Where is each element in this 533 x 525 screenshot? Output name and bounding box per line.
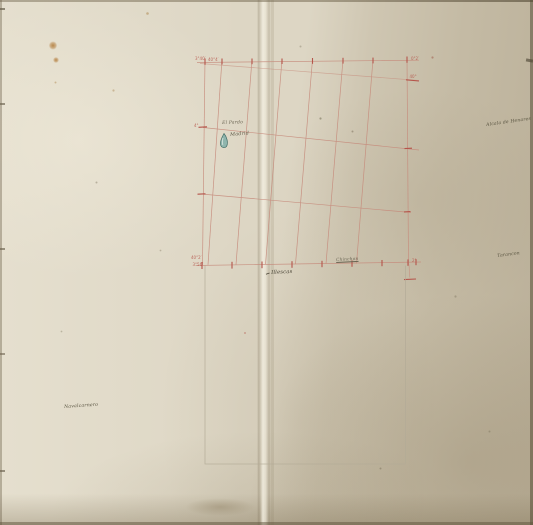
lake-symbol — [220, 134, 227, 148]
red-figure-top-left-a: 3°40′ — [195, 56, 206, 61]
bottom-blotch — [185, 498, 255, 516]
red-figure-bottom-right: 2° — [412, 258, 417, 263]
sheet-edge-left — [0, 0, 2, 525]
label-chinchon: Chinchon — [336, 257, 359, 263]
label-navalcarnero: Navalcarnero — [64, 402, 98, 409]
label-madrid: Madrid — [230, 131, 249, 138]
label-illescas: Illescas — [271, 269, 293, 276]
fold-crease-secondary — [271, 0, 274, 525]
sheet-edge-top — [0, 0, 533, 2]
red-figure-top-right: 0°2′ — [411, 56, 419, 61]
red-graticule-lines — [196, 59, 422, 278]
red-figure-bottom-left-a: 40°2′ — [191, 255, 202, 260]
fold-crease — [257, 0, 271, 525]
label-alcala-de-henares: Alcala de Henares — [486, 117, 531, 128]
red-figure-mid-left: 4° — [194, 123, 199, 128]
foxing-stain — [49, 41, 57, 50]
pencil-frame — [205, 266, 406, 465]
red-tick-marks — [198, 57, 420, 280]
label-tarancon: Tarancon — [497, 251, 520, 259]
label-el-pardo: El Pardo — [222, 120, 243, 126]
foxing-stain — [53, 57, 59, 63]
red-figure-right-upper: 40° — [410, 74, 417, 79]
red-figure-top-left-b: 40°4′ — [208, 57, 219, 62]
red-figure-bottom-left-b: 3°56′ — [193, 262, 204, 267]
manuscript-map-sheet: El Pardo Madrid Illescas Chinchon Alcala… — [0, 0, 533, 525]
red-dot-mark — [244, 332, 246, 334]
